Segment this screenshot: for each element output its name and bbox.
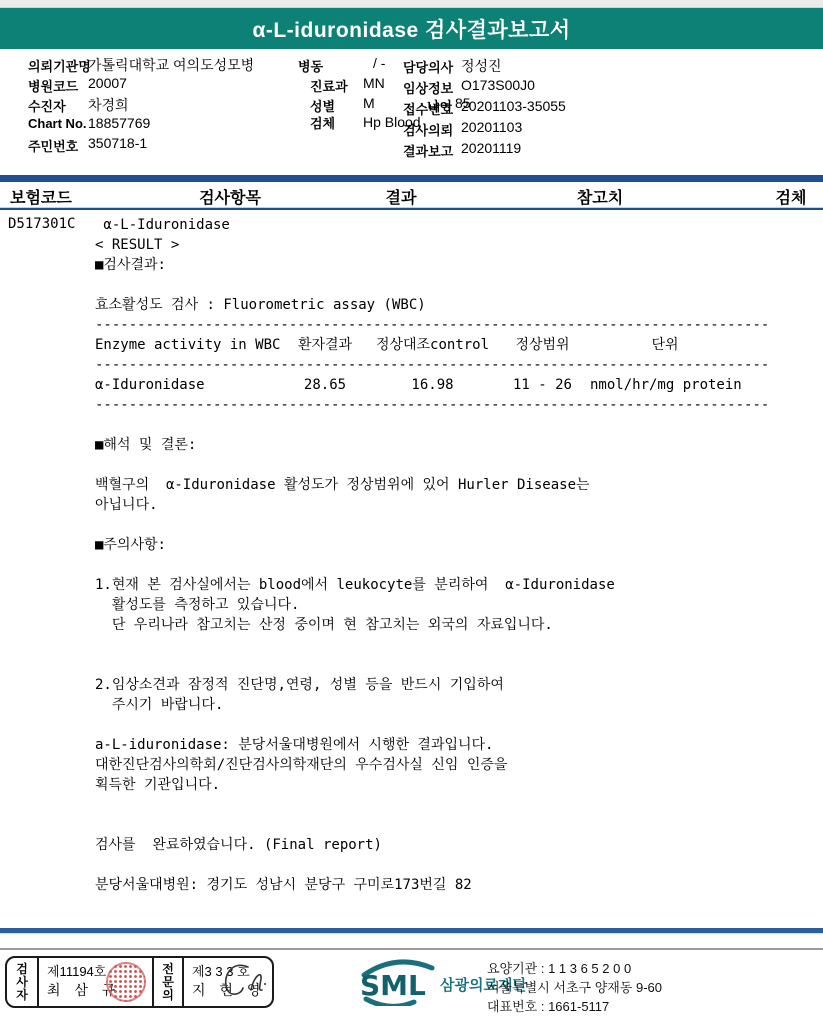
page-title: α-L-iduronidase 검사결과보고서 bbox=[252, 14, 570, 44]
clinical-info-label: 임상정보 bbox=[403, 78, 453, 97]
lab-phone: 대표번호 : 1661-5117 bbox=[487, 996, 609, 1015]
assay-col-patient: 환자결과 bbox=[280, 335, 370, 355]
blank-line bbox=[95, 515, 795, 535]
interpretation-line-1: 백혈구의 α-Iduronidase 활성도가 정상범위에 있어 Hurler … bbox=[95, 475, 795, 495]
report-body: α-L-Iduronidase < RESULT > ■검사결과: 효소활성도 … bbox=[95, 215, 795, 895]
bottom-blue-bar bbox=[0, 928, 823, 934]
hospital-code-label: 병원코드 bbox=[28, 76, 78, 95]
hospital-code-value: 20007 bbox=[88, 75, 127, 91]
interpretation-line-2: 아닙니다. bbox=[95, 495, 795, 515]
assay-enzyme-name: α-Iduronidase bbox=[95, 375, 280, 395]
blank-line bbox=[95, 635, 795, 655]
handwritten-signature-icon bbox=[218, 960, 268, 1007]
patient-label: 수진자 bbox=[28, 96, 66, 115]
clinical-info-value: O173S00J0 bbox=[461, 77, 535, 93]
assay-data-row: α-Iduronidase 28.65 16.98 11 - 26 nmol/h… bbox=[95, 375, 795, 395]
sml-logo-icon: SML bbox=[356, 958, 438, 1011]
ward-value: / - bbox=[373, 55, 385, 71]
assay-col-range: 정상범위 bbox=[495, 335, 590, 355]
blank-line bbox=[95, 555, 795, 575]
notice-1-line-1: 1.현재 본 검사실에서는 blood에서 leukocyte를 분리하여 α-… bbox=[95, 575, 795, 595]
assay-col-unit: 단위 bbox=[590, 335, 740, 355]
assay-col-activity: Enzyme activity in WBC bbox=[95, 335, 280, 355]
blank-line bbox=[95, 855, 795, 875]
notice-1-line-3: 단 우리나라 참고치는 산정 중이며 현 참고치는 외국의 자료입니다. bbox=[95, 615, 795, 635]
footer-divider bbox=[0, 948, 823, 950]
col-insurance-code: 보험코드 bbox=[10, 185, 72, 208]
request-date-label: 검사의뢰 bbox=[403, 120, 453, 139]
examiner-info-cell: 제11194호 최 삼 규 bbox=[39, 958, 147, 1006]
rrn-label: 주민번호 bbox=[28, 136, 78, 155]
result-section-title: ■검사결과: bbox=[95, 255, 795, 275]
assay-col-control: 정상대조control bbox=[370, 335, 495, 355]
sml-logo-text: SML bbox=[360, 969, 426, 1002]
receipt-no-value: 20201103-35055 bbox=[461, 98, 566, 114]
sex-value: M bbox=[363, 95, 375, 111]
blank-line bbox=[95, 815, 795, 835]
lab-address: 서울특별시 서초구 양재동 9-60 bbox=[487, 977, 662, 996]
blank-line bbox=[95, 415, 795, 435]
examiner-role-label: 검사자 bbox=[15, 963, 29, 1002]
hospital-address-line: 분당서울대병원: 경기도 성남시 분당구 구미로173번길 82 bbox=[95, 875, 795, 895]
receipt-no-label: 접수번호 bbox=[403, 99, 453, 118]
notice-2-line-2: 주시기 바랍니다. bbox=[95, 695, 795, 715]
col-reference: 참고치 bbox=[577, 185, 623, 208]
chart-no-label: Chart No. bbox=[28, 116, 87, 131]
col-result: 결과 bbox=[386, 185, 417, 208]
col-specimen: 검체 bbox=[776, 185, 807, 208]
specimen-label: 검체 bbox=[310, 113, 335, 132]
org-label: 의뢰기관명 bbox=[28, 56, 91, 75]
notice-2-line-1: 2.임상소견과 잠정적 진단명,연령, 성별 등을 반드시 기입하여 bbox=[95, 675, 795, 695]
blank-line bbox=[95, 275, 795, 295]
report-date-value: 20201119 bbox=[461, 140, 521, 156]
care-institution-no: 요양기관 : 1 1 3 6 5 2 0 0 bbox=[487, 958, 631, 977]
final-report-line: 검사를 완료하였습니다. (Final report) bbox=[95, 835, 795, 855]
notice-1-line-2: 활성도를 측정하고 있습니다. bbox=[95, 595, 795, 615]
report-date-label: 결과보고 bbox=[403, 141, 453, 160]
divider-line: ----------------------------------------… bbox=[95, 355, 795, 375]
rrn-value: 350718-1 bbox=[88, 135, 147, 151]
specialist-role-cell: 전문의 bbox=[152, 958, 184, 1006]
notice-title: ■주의사항: bbox=[95, 535, 795, 555]
org-value: 가톨릭대학교 여의도성모병 bbox=[88, 55, 254, 75]
specialist-info-cell: 제3 3 3 호 지 현 영 bbox=[184, 958, 272, 1006]
divider-line: ----------------------------------------… bbox=[95, 395, 795, 415]
blank-line bbox=[95, 455, 795, 475]
interpretation-title: ■해석 및 결론: bbox=[95, 435, 795, 455]
result-marker-line: < RESULT > bbox=[95, 235, 795, 255]
doctor-label: 담당의사 bbox=[403, 57, 453, 76]
red-seal-stamp-icon bbox=[106, 962, 146, 1002]
assay-unit: nmol/hr/mg protein bbox=[590, 375, 740, 395]
request-date-value: 20201103 bbox=[461, 119, 522, 135]
reference-line-3: 획득한 기관입니다. bbox=[95, 775, 795, 795]
dept-label: 진료과 bbox=[310, 76, 348, 95]
signature-box: 검사자 제11194호 최 삼 규 전문의 제3 3 3 호 지 현 영 bbox=[5, 956, 274, 1008]
ward-label: 병동 bbox=[298, 56, 323, 75]
patient-name-value: 차경희 bbox=[88, 95, 129, 115]
insurance-code-value: D517301C bbox=[8, 216, 75, 232]
blank-line bbox=[95, 715, 795, 735]
dept-value: MN bbox=[363, 75, 385, 91]
assay-method-line: 효소활성도 검사 : Fluorometric assay (WBC) bbox=[95, 295, 795, 315]
reference-line-1: a-L-iduronidase: 분당서울대병원에서 시행한 결과입니다. bbox=[95, 735, 795, 755]
doctor-value: 정성진 bbox=[461, 56, 502, 76]
divider-line: ----------------------------------------… bbox=[95, 315, 795, 335]
examiner-role-cell: 검사자 bbox=[7, 958, 39, 1006]
lab-report-page: α-L-iduronidase 검사결과보고서 의뢰기관명 가톨릭대학교 여의도… bbox=[0, 0, 823, 1018]
test-name-line: α-L-Iduronidase bbox=[95, 215, 795, 235]
report-title-band: α-L-iduronidase 검사결과보고서 bbox=[0, 8, 823, 49]
assay-normal-range: 11 - 26 bbox=[495, 375, 590, 395]
reference-line-2: 대한진단검사의학회/진단검사의학재단의 우수검사실 신임 인증을 bbox=[95, 755, 795, 775]
table-header-rule bbox=[0, 207, 823, 210]
assay-control-result: 16.98 bbox=[370, 375, 495, 395]
blank-line bbox=[95, 655, 795, 675]
blank-line bbox=[95, 795, 795, 815]
table-header-bar bbox=[0, 175, 823, 182]
chart-no-value: 18857769 bbox=[88, 115, 150, 131]
assay-patient-result: 28.65 bbox=[280, 375, 370, 395]
top-strip bbox=[0, 0, 823, 8]
assay-header-row: Enzyme activity in WBC 환자결과 정상대조control … bbox=[95, 335, 795, 355]
specialist-role-label: 전문의 bbox=[161, 963, 175, 1002]
col-test-name: 검사항목 bbox=[199, 185, 261, 208]
